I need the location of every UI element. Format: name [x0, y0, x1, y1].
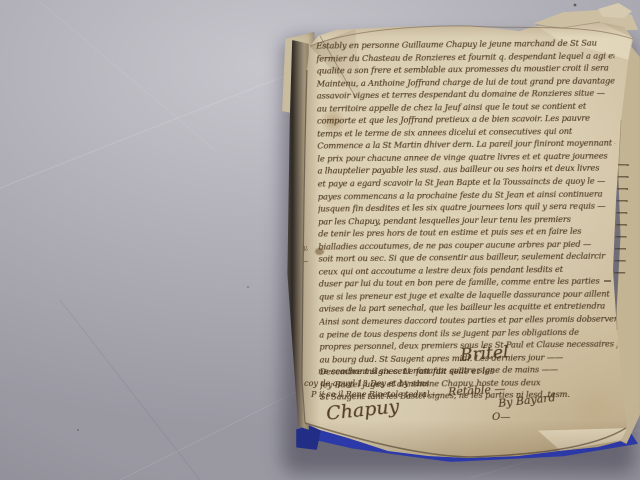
photograph-of-manuscript: — —— Estably en personne Guillaume Chapu… — [0, 0, 640, 480]
photo-vignette — [0, 0, 640, 480]
